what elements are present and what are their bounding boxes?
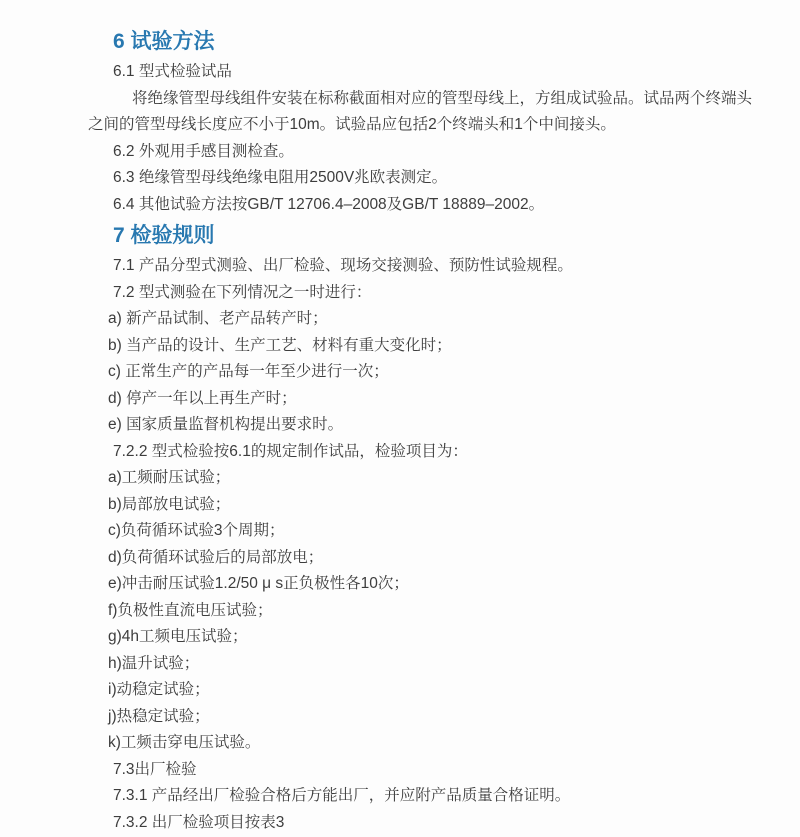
clause-7-2: 7.2 型式测验在下列情况之一时进行： [88, 280, 780, 307]
list-item: a)工频耐压试验； [88, 465, 780, 492]
list-item: e) 国家质量监督机构提出要求时。 [88, 412, 780, 439]
list-item: b) 当产品的设计、生产工艺、材料有重大变化时； [88, 333, 780, 360]
list-item: c)负荷循环试验3个周期； [88, 518, 780, 545]
list-item: d) 停产一年以上再生产时； [88, 386, 780, 413]
list-item: c) 正常生产的产品每一年至少进行一次； [88, 359, 780, 386]
clause-6-4: 6.4 其他试验方法按GB/T 12706.4–2008及GB/T 18889–… [88, 192, 780, 219]
list-item: h)温升试验； [88, 651, 780, 678]
list-item: e)冲击耐压试验1.2/50 μ s正负极性各10次； [88, 571, 780, 598]
list-item: f)负极性直流电压试验； [88, 598, 780, 625]
section-7-heading: 7 检验规则 [113, 221, 780, 251]
list-item: d)负荷循环试验后的局部放电； [88, 545, 780, 572]
clause-6-1-paragraph-line-2: 之间的管型母线长度应不小于10m。试验品应包括2个终端头和1个中间接头。 [88, 112, 780, 139]
list-item: i)动稳定试验； [88, 677, 780, 704]
clause-6-1-paragraph-line-1: 将绝缘管型母线组件安装在标称截面相对应的管型母线上，方组成试验品。试品两个终端头 [88, 86, 780, 113]
clause-7-3: 7.3出厂检验 [88, 757, 780, 784]
list-item: g)4h工频电压试验； [88, 624, 780, 651]
clause-6-1: 6.1 型式检验试品 [88, 59, 780, 86]
clause-7-3-2: 7.3.2 出厂检验项目按表3 [88, 810, 780, 837]
list-item: j)热稳定试验； [88, 704, 780, 731]
clause-6-3: 6.3 绝缘管型母线绝缘电阻用2500V兆欧表测定。 [88, 165, 780, 192]
list-item: k)工频击穿电压试验。 [88, 730, 780, 757]
clause-7-1: 7.1 产品分型式测验、出厂检验、现场交接测验、预防性试验规程。 [88, 253, 780, 280]
clause-7-2-2: 7.2.2 型式检验按6.1的规定制作试品，检验项目为： [88, 439, 780, 466]
clause-7-3-1: 7.3.1 产品经出厂检验合格后方能出厂，并应附产品质量合格证明。 [88, 783, 780, 810]
clause-6-2: 6.2 外观用手感目测检查。 [88, 139, 780, 166]
list-item: a) 新产品试制、老产品转产时； [88, 306, 780, 333]
document-page: 6 试验方法 6.1 型式检验试品 将绝缘管型母线组件安装在标称截面相对应的管型… [0, 0, 800, 837]
list-item: b)局部放电试验； [88, 492, 780, 519]
section-6-heading: 6 试验方法 [113, 27, 780, 57]
